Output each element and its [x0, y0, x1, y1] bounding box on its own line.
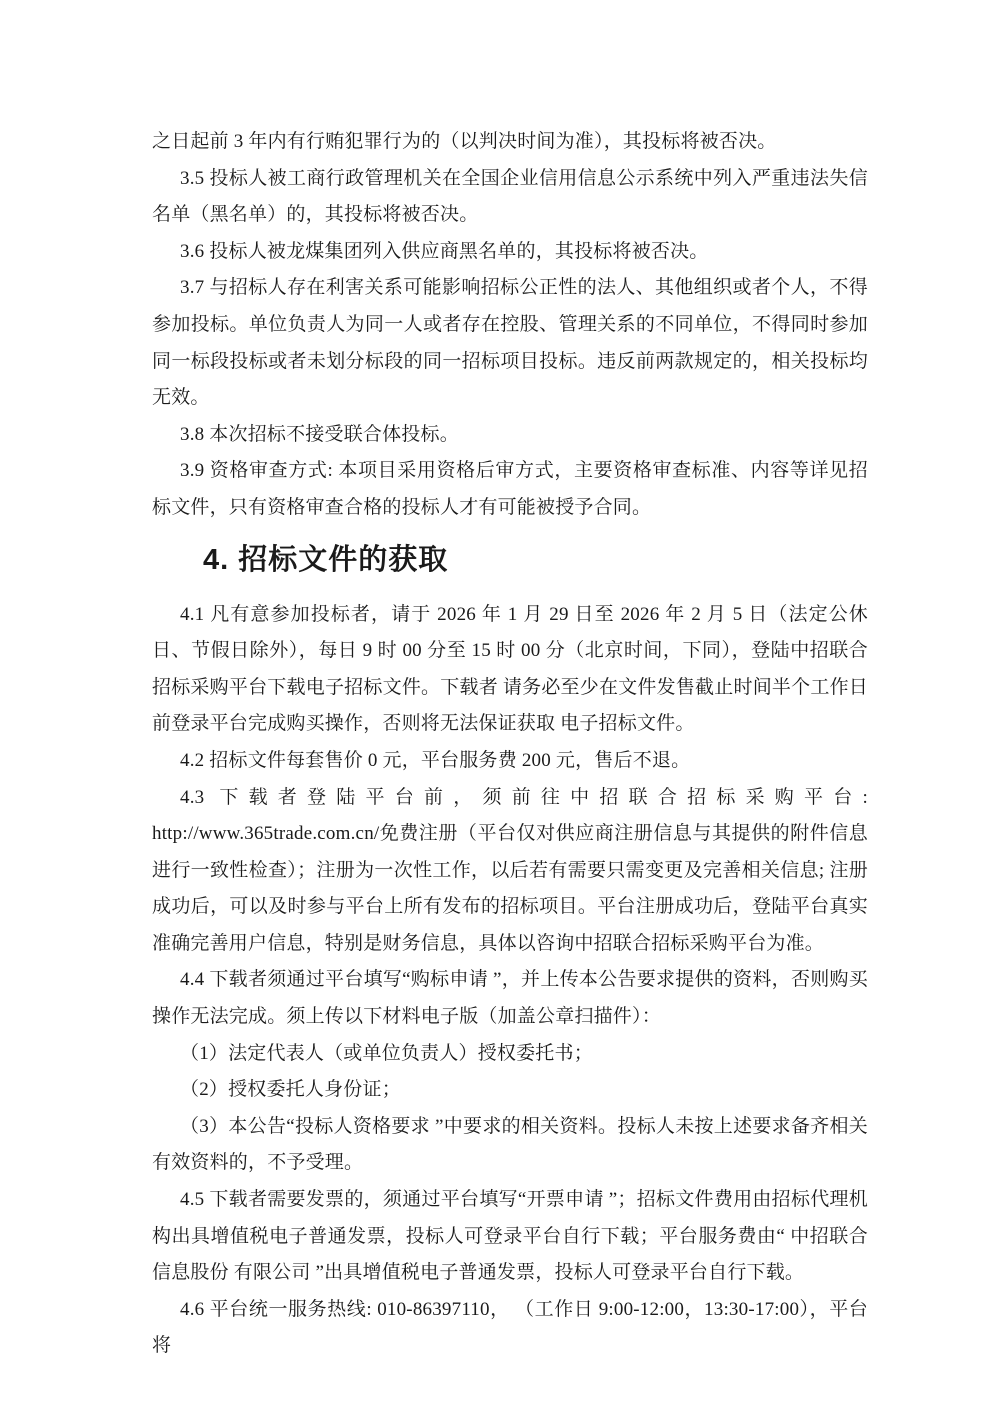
- clause-4-3: 4.3 下载者登陆平台前，须前往中招联合招标采购平台: http://www.3…: [152, 780, 868, 963]
- document-body: 之日起前 3 年内有行贿犯罪行为的（以判决时间为准），其投标将被否决。3.5 投…: [152, 124, 868, 1365]
- clause-4-2: 4.2 招标文件每套售价 0 元，平台服务费 200 元，售后不退。: [152, 743, 868, 780]
- clause-3-7: 3.7 与招标人存在利害关系可能影响招标公正性的法人、其他组织或者个人，不得参加…: [152, 270, 868, 416]
- list-item-3: （3）本公告“投标人资格要求 ”中要求的相关资料。投标人未按上述要求备齐相关有效…: [152, 1109, 868, 1182]
- clause-3-9: 3.9 资格审查方式: 本项目采用资格后审方式，主要资格审查标准、内容等详见招标…: [152, 453, 868, 526]
- clause-4-1: 4.1 凡有意参加投标者，请于 2026 年 1 月 29 日至 2026 年 …: [152, 597, 868, 743]
- list-item-2: （2）授权委托人身份证；: [152, 1072, 868, 1109]
- section-heading-4: 4. 招标文件的获取: [152, 540, 868, 580]
- clause-3-4-continuation: 之日起前 3 年内有行贿犯罪行为的（以判决时间为准），其投标将被否决。: [152, 124, 868, 161]
- list-item-1: （1）法定代表人（或单位负责人）授权委托书；: [152, 1036, 868, 1073]
- clause-3-5: 3.5 投标人被工商行政管理机关在全国企业信用信息公示系统中列入严重违法失信名单…: [152, 161, 868, 234]
- clause-3-8: 3.8 本次招标不接受联合体投标。: [152, 417, 868, 454]
- clause-4-5: 4.5 下载者需要发票的，须通过平台填写“开票申请 ”；招标文件费用由招标代理机…: [152, 1182, 868, 1292]
- clause-4-6: 4.6 平台统一服务热线: 010-86397110， （工作日 9:00-12…: [152, 1292, 868, 1365]
- document-page: 之日起前 3 年内有行贿犯罪行为的（以判决时间为准），其投标将被否决。3.5 投…: [0, 0, 1000, 1414]
- clause-4-4: 4.4 下载者须通过平台填写“购标申请 ”，并上传本公告要求提供的资料，否则购买…: [152, 962, 868, 1035]
- clause-3-6: 3.6 投标人被龙煤集团列入供应商黑名单的，其投标将被否决。: [152, 234, 868, 271]
